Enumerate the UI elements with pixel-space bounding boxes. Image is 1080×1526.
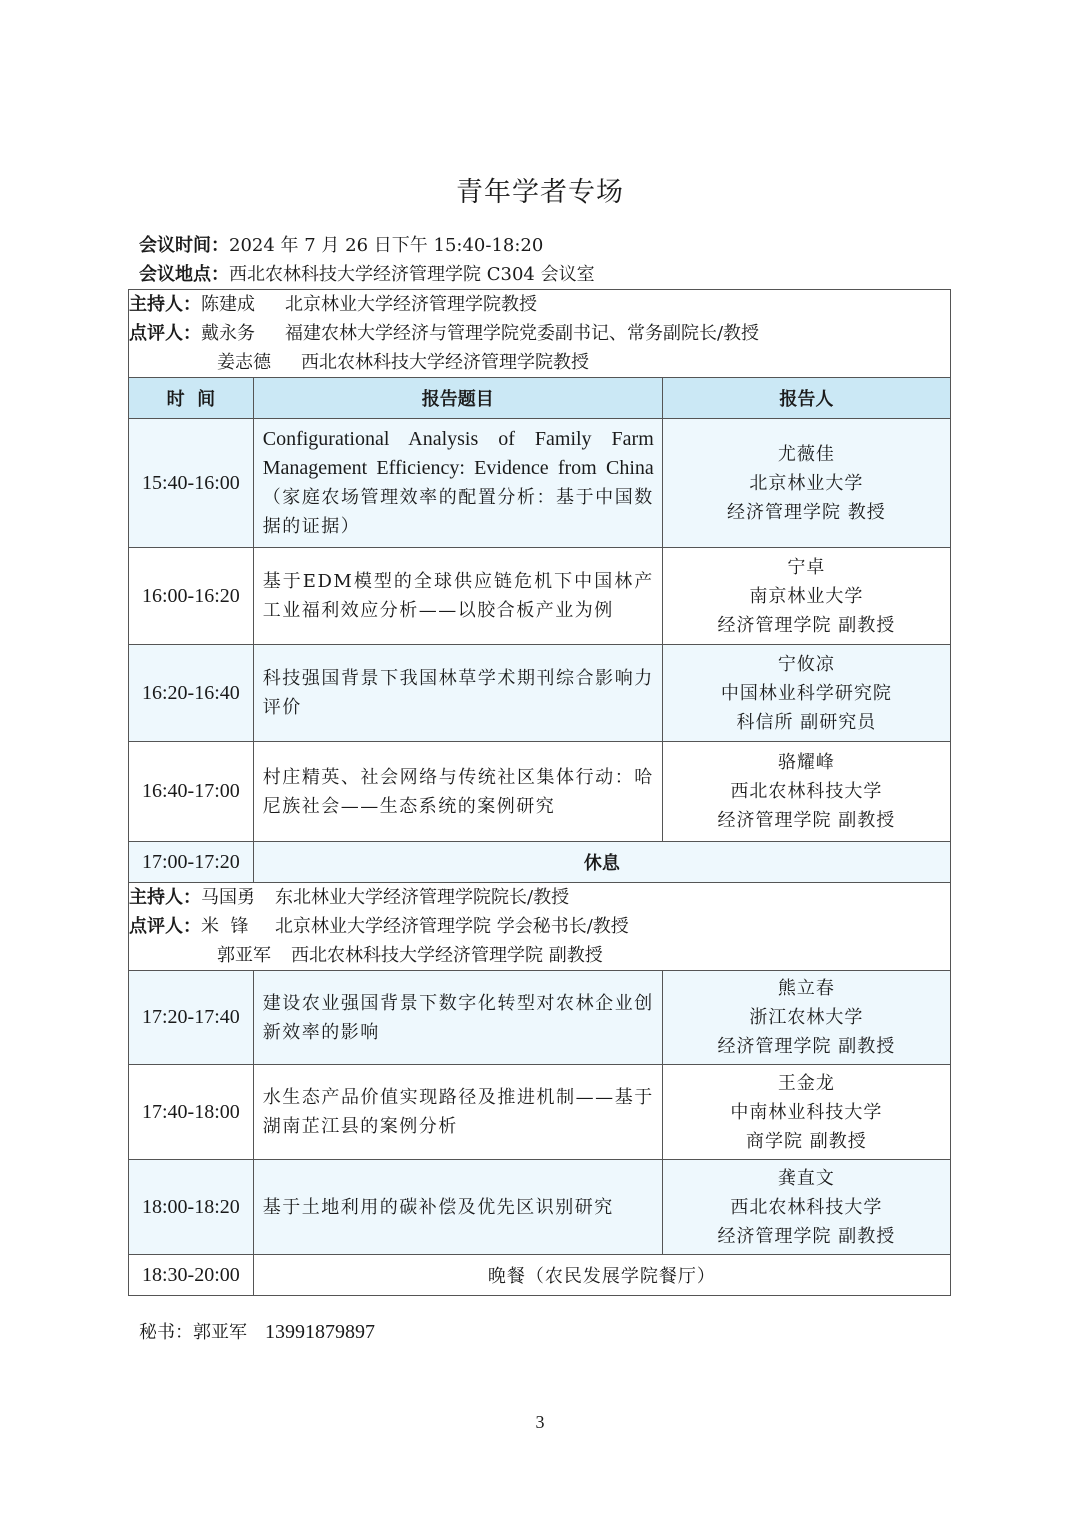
speaker-org: 浙江农林大学 — [667, 1003, 946, 1032]
table-row: 17:20-17:40 建设农业强国背景下数字化转型对农林企业创新效率的影响 熊… — [129, 971, 951, 1065]
header-topic: 报告题目 — [253, 378, 662, 419]
page-number: 3 — [0, 1412, 1080, 1433]
speaker-org: 中国林业科学研究院 — [667, 679, 946, 708]
secretary-label: 秘书：郭亚军 — [139, 1322, 247, 1343]
meeting-place-value: 西北农林科技大学经济管理学院 C304 会议室 — [229, 264, 595, 285]
session-speaker: 熊立春 浙江农林大学 经济管理学院 副教授 — [662, 971, 950, 1065]
speaker-org: 西北农林科技大学 — [667, 777, 946, 806]
session-speaker: 宁攸凉 中国林业科学研究院 科信所 副研究员 — [662, 645, 950, 742]
dinner-time: 18:30-20:00 — [129, 1255, 254, 1296]
session-topic: 基于土地利用的碳补偿及优先区识别研究 — [253, 1160, 662, 1255]
speaker-name: 尤薇佳 — [667, 440, 946, 469]
speaker-org: 北京林业大学 — [667, 469, 946, 498]
session-time: 16:40-17:00 — [129, 742, 254, 842]
speaker-org: 南京林业大学 — [667, 582, 946, 611]
section2-reviewer-1: 点评人：米 锋北京林业大学经济管理学院 学会秘书长/教授 — [129, 912, 950, 941]
break-row: 17:00-17:20 休息 — [129, 842, 951, 883]
speaker-org: 西北农林科技大学 — [667, 1193, 946, 1222]
break-label: 休息 — [253, 842, 950, 883]
speaker-title: 经济管理学院 副教授 — [667, 806, 946, 835]
session-time: 16:00-16:20 — [129, 548, 254, 645]
meeting-place-label: 会议地点： — [139, 264, 229, 285]
dinner-row: 18:30-20:00 晚餐（农民发展学院餐厅） — [129, 1255, 951, 1296]
header-time: 时 间 — [129, 378, 254, 419]
table-row: 16:20-16:40 科技强国背景下我国林草学术期刊综合影响力评价 宁攸凉 中… — [129, 645, 951, 742]
table-row: 16:40-17:00 村庄精英、社会网络与传统社区集体行动：哈尼族社会——生态… — [129, 742, 951, 842]
session-time: 16:20-16:40 — [129, 645, 254, 742]
table-row: 18:00-18:20 基于土地利用的碳补偿及优先区识别研究 龚直文 西北农林科… — [129, 1160, 951, 1255]
secretary-phone: 13991879897 — [265, 1321, 375, 1343]
section1-reviewer-1: 点评人：戴永务福建农林大学经济与管理学院党委副书记、常务副院长/教授 — [129, 319, 950, 348]
speaker-title: 科信所 副研究员 — [667, 708, 946, 737]
session-topic: 基于EDM模型的全球供应链危机下中国林产工业福利效应分析——以胶合板产业为例 — [253, 548, 662, 645]
session-speaker: 宁卓 南京林业大学 经济管理学院 副教授 — [662, 548, 950, 645]
session-time: 18:00-18:20 — [129, 1160, 254, 1255]
schedule-table: 主持人：陈建成北京林业大学经济管理学院教授 点评人：戴永务福建农林大学经济与管理… — [128, 289, 951, 1296]
session-topic: 村庄精英、社会网络与传统社区集体行动：哈尼族社会——生态系统的案例研究 — [253, 742, 662, 842]
table-row: 15:40-16:00 Configurational Analysis of … — [129, 419, 951, 548]
section1-host: 主持人：陈建成北京林业大学经济管理学院教授 — [129, 290, 950, 319]
session-speaker: 骆耀峰 西北农林科技大学 经济管理学院 副教授 — [662, 742, 950, 842]
meeting-time: 会议时间：2024 年 7 月 26 日下午 15:40-18:20 — [139, 231, 543, 261]
session-topic: 水生态产品价值实现路径及推进机制——基于湖南芷江县的案例分析 — [253, 1065, 662, 1160]
section2-host: 主持人：马国勇东北林业大学经济管理学院院长/教授 — [129, 883, 950, 912]
session-time: 17:40-18:00 — [129, 1065, 254, 1160]
session-speaker: 龚直文 西北农林科技大学 经济管理学院 副教授 — [662, 1160, 950, 1255]
speaker-title: 经济管理学院 教授 — [667, 498, 946, 527]
section2-info: 主持人：马国勇东北林业大学经济管理学院院长/教授 点评人：米 锋北京林业大学经济… — [129, 883, 951, 971]
session-speaker: 尤薇佳 北京林业大学 经济管理学院 教授 — [662, 419, 950, 548]
speaker-name: 宁卓 — [667, 553, 946, 582]
table-row: 16:00-16:20 基于EDM模型的全球供应链危机下中国林产工业福利效应分析… — [129, 548, 951, 645]
speaker-org: 中南林业科技大学 — [667, 1098, 946, 1127]
speaker-title: 经济管理学院 副教授 — [667, 1222, 946, 1251]
speaker-title: 商学院 副教授 — [667, 1127, 946, 1156]
dinner-label: 晚餐（农民发展学院餐厅） — [253, 1255, 950, 1296]
meeting-place: 会议地点：西北农林科技大学经济管理学院 C304 会议室 — [139, 260, 595, 290]
speaker-name: 熊立春 — [667, 974, 946, 1003]
session-topic: 建设农业强国背景下数字化转型对农林企业创新效率的影响 — [253, 971, 662, 1065]
speaker-name: 王金龙 — [667, 1069, 946, 1098]
meeting-time-label: 会议时间： — [139, 235, 229, 256]
section1-info: 主持人：陈建成北京林业大学经济管理学院教授 点评人：戴永务福建农林大学经济与管理… — [129, 290, 951, 378]
session-topic: 科技强国背景下我国林草学术期刊综合影响力评价 — [253, 645, 662, 742]
table-row: 17:40-18:00 水生态产品价值实现路径及推进机制——基于湖南芷江县的案例… — [129, 1065, 951, 1160]
speaker-title: 经济管理学院 副教授 — [667, 611, 946, 640]
session-speaker: 王金龙 中南林业科技大学 商学院 副教授 — [662, 1065, 950, 1160]
session-time: 15:40-16:00 — [129, 419, 254, 548]
speaker-name: 骆耀峰 — [667, 748, 946, 777]
break-time: 17:00-17:20 — [129, 842, 254, 883]
speaker-name: 龚直文 — [667, 1164, 946, 1193]
page-title: 青年学者专场 — [0, 170, 1080, 209]
section1-reviewer-2: 姜志德西北农林科技大学经济管理学院教授 — [129, 348, 950, 377]
session-time: 17:20-17:40 — [129, 971, 254, 1065]
meeting-time-value: 2024 年 7 月 26 日下午 15:40-18:20 — [229, 235, 543, 256]
header-speaker: 报告人 — [662, 378, 950, 419]
table-header: 时 间 报告题目 报告人 — [129, 378, 951, 419]
speaker-title: 经济管理学院 副教授 — [667, 1032, 946, 1061]
session-topic: Configurational Analysis of Family Farm … — [253, 419, 662, 548]
secretary-contact: 秘书：郭亚军13991879897 — [139, 1318, 375, 1344]
speaker-name: 宁攸凉 — [667, 650, 946, 679]
section2-reviewer-2: 郭亚军西北农林科技大学经济管理学院 副教授 — [129, 941, 950, 970]
